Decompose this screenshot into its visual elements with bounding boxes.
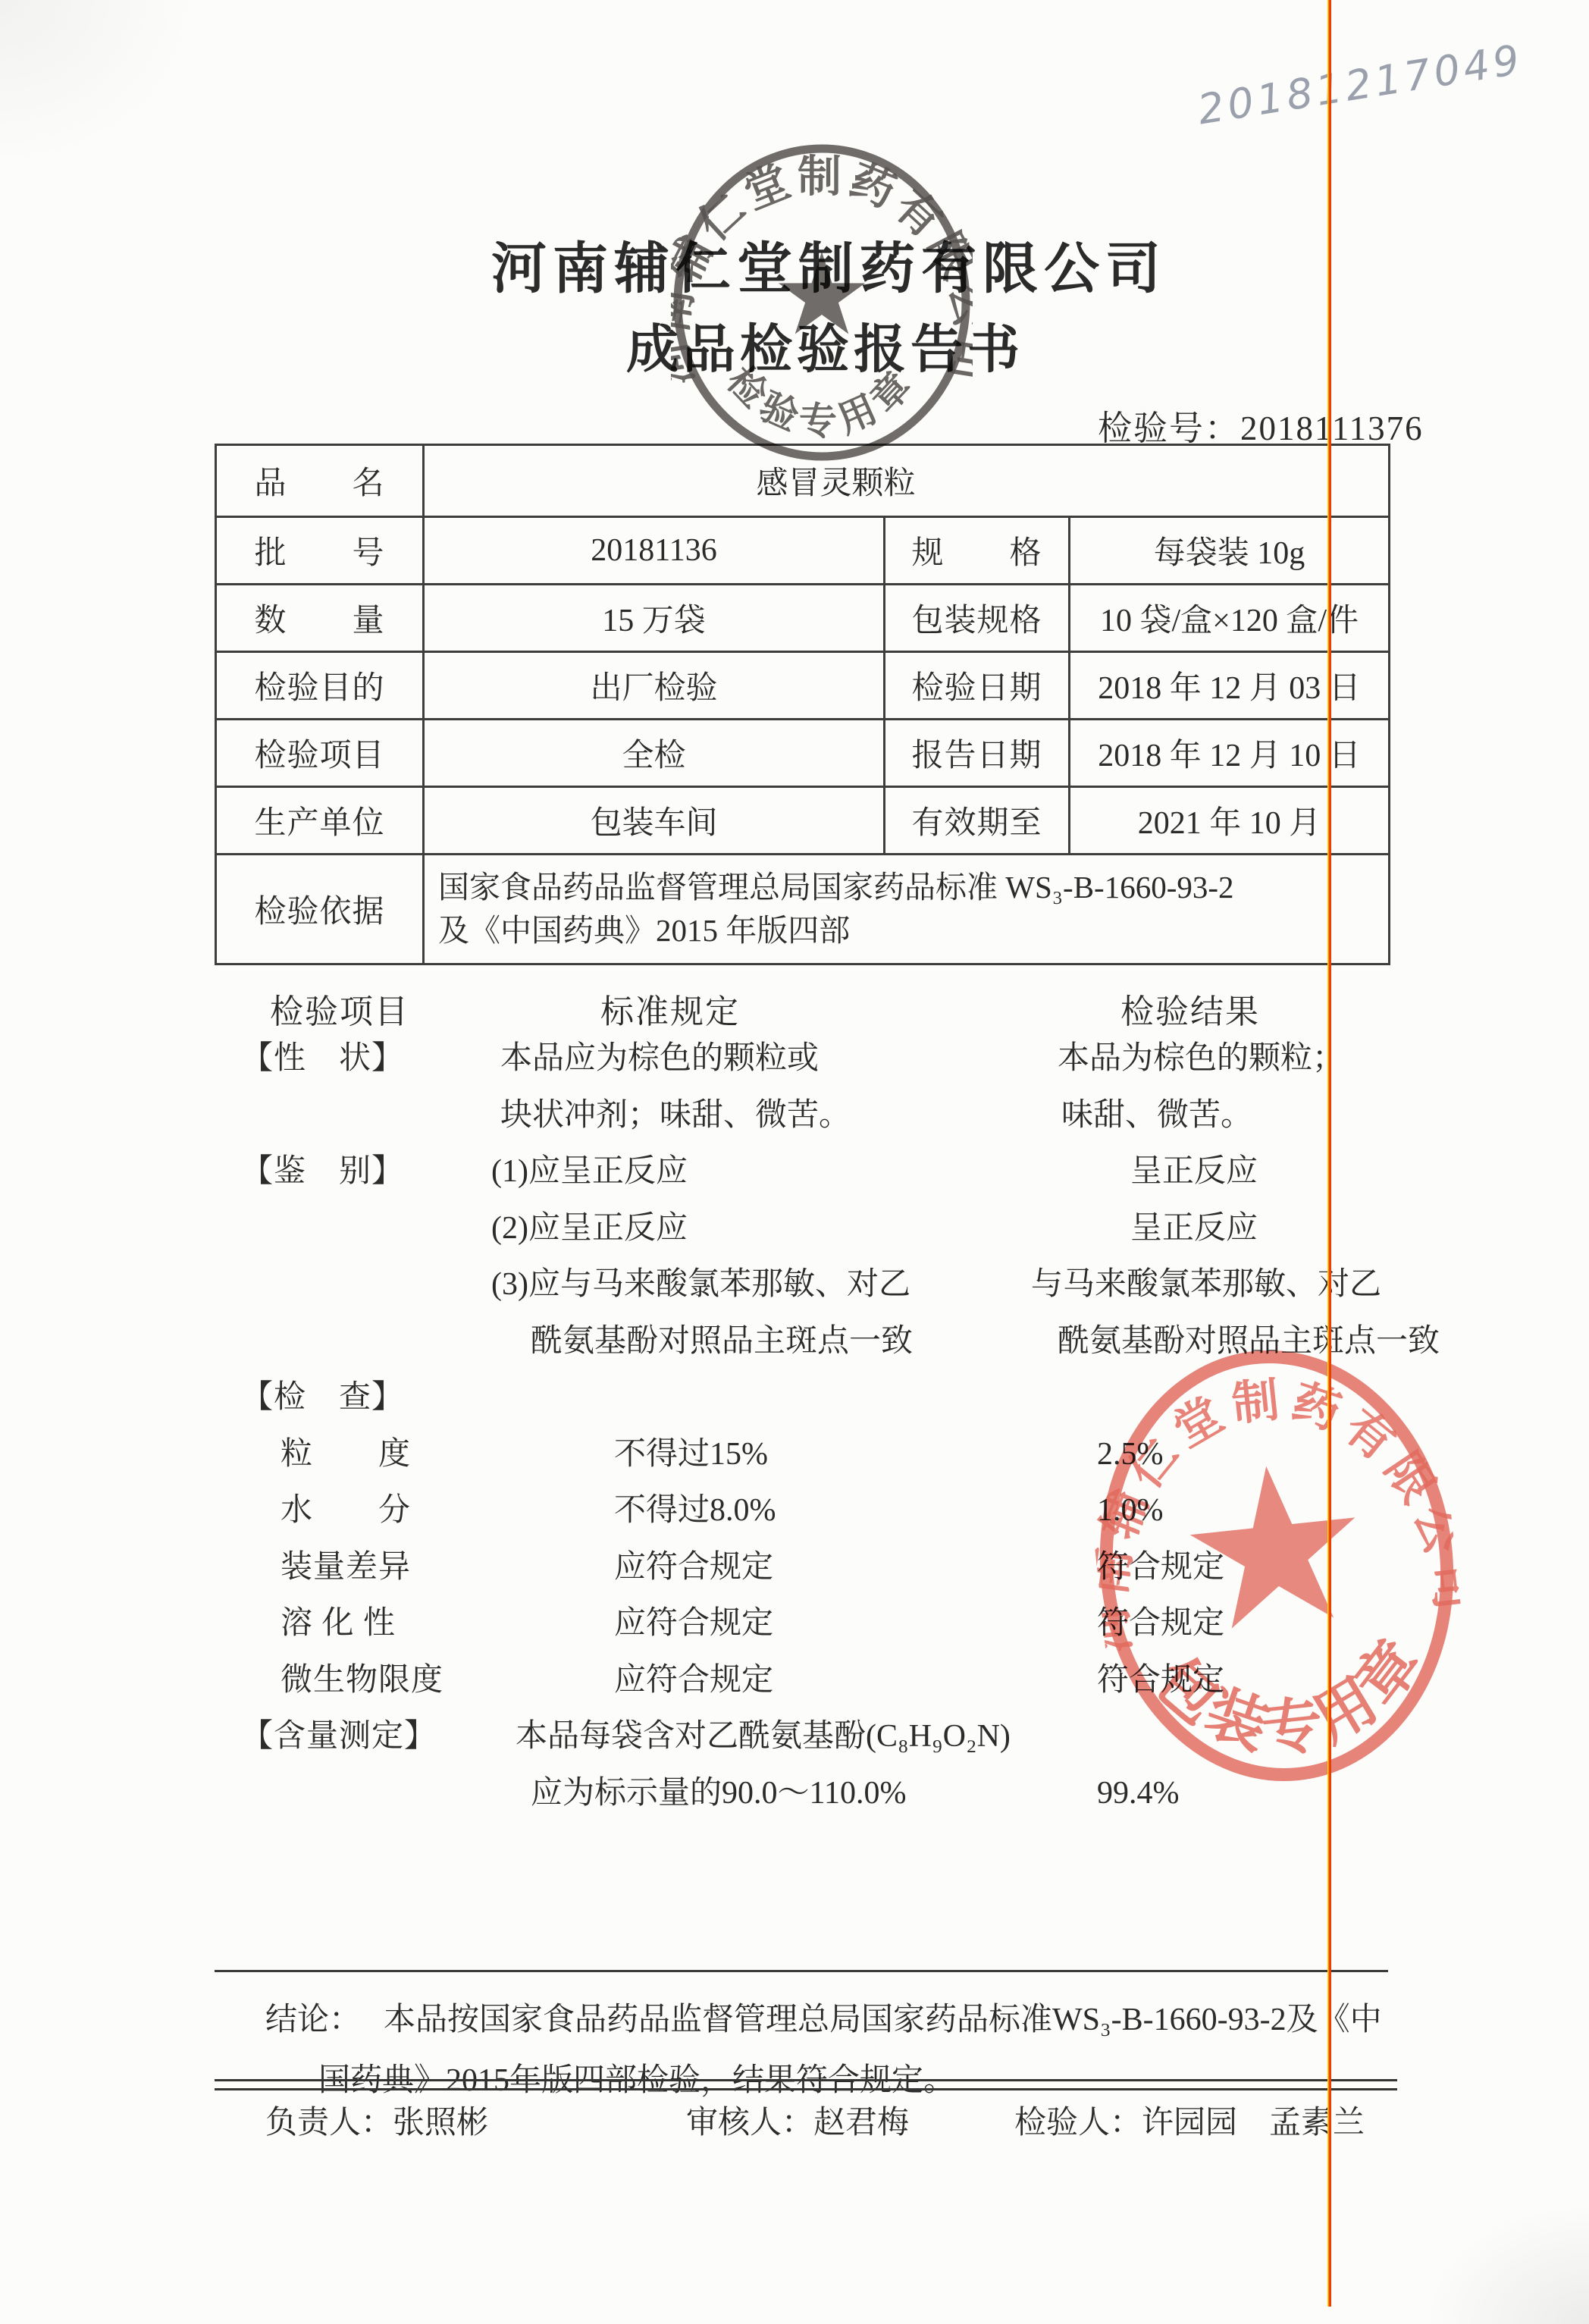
info-value: 15 万袋 — [424, 585, 885, 652]
result-row: (2)应呈正反应呈正反应 — [0, 1210, 1589, 1267]
svg-text:检验专用章: 检验专用章 — [719, 359, 924, 443]
report-page: 20181217049 河南辅仁堂制药有限公司 成品检验报告书 检验号：2018… — [0, 0, 1589, 2324]
result-row: 块状冲剂；味甜、微苦。味甜、微苦。 — [0, 1097, 1589, 1154]
signature-item: 审核人：赵君梅 — [686, 2097, 909, 2143]
info-table-row: 生产单位包装车间有效期至2021 年 10 月 — [216, 787, 1390, 855]
signature-item: 负责人：张照彬 — [265, 2097, 488, 2143]
report-number-value: 2018111376 — [1240, 409, 1424, 447]
result-std: 不得过15% — [491, 1436, 1031, 1493]
info-label: 有效期至 — [885, 787, 1070, 855]
info-value: 包装车间 — [424, 787, 885, 855]
signature-item: 检验人：许园园 孟素兰 — [1014, 2097, 1365, 2143]
info-label: 检验项目 — [216, 720, 424, 787]
result-res: 99.4% — [1031, 1775, 1589, 1832]
handwritten-number: 20181217049 — [1195, 36, 1526, 134]
double-divider-line — [215, 2079, 1397, 2090]
result-std: 不得过8.0% — [491, 1492, 1031, 1549]
info-label: 规 格 — [885, 517, 1070, 585]
packaging-stamp: 河南辅仁堂制药有限公司 包装专用章 — [1076, 1331, 1477, 1801]
stamp-caption-text: 检验专用章 — [719, 359, 924, 443]
result-item — [241, 1775, 491, 1832]
info-table-row: 批 号20181136规 格每袋装 10g — [216, 517, 1390, 585]
result-item: 微生物限度 — [241, 1662, 491, 1719]
scan-shade-top-left — [0, 0, 197, 167]
result-res: 本品为棕色的颗粒； — [1031, 1040, 1589, 1097]
result-std: 应符合规定 — [491, 1605, 1031, 1662]
result-std: 应符合规定 — [491, 1549, 1031, 1606]
result-res: 味甜、微苦。 — [1031, 1097, 1589, 1154]
conclusion-text1: 本品按国家食品药品监督管理总局国家药品标准WS₃-B-1660-93-2及《中 — [384, 2003, 1382, 2037]
result-item: 溶 化 性 — [241, 1605, 491, 1662]
result-std: 块状冲剂；味甜、微苦。 — [491, 1097, 1031, 1154]
svg-text:包装专用章: 包装专用章 — [1138, 1620, 1445, 1777]
result-std: 本品每袋含对乙酰氨基酚(C₈H₉O₂N) — [491, 1718, 1031, 1775]
result-item: 【性 状】 — [241, 1040, 491, 1097]
result-std: 应为标示量的90.0～110.0% — [491, 1775, 1031, 1832]
conclusion-text2: 国药典》2015年版四部检验，结果符合规定。 — [265, 2055, 1382, 2100]
result-item: 装量差异 — [241, 1549, 491, 1606]
result-std: 酰氨基酚对照品主斑点一致 — [491, 1323, 1031, 1380]
divider-line — [215, 1970, 1388, 1972]
conclusion-line1: 结论：本品按国家食品药品监督管理总局国家药品标准WS₃-B-1660-93-2及… — [265, 1994, 1382, 2040]
info-label: 包装规格 — [885, 585, 1070, 652]
result-std: 应符合规定 — [491, 1662, 1031, 1719]
stamp-caption-text: 包装专用章 — [1138, 1620, 1445, 1777]
info-table-row: 检验目的出厂检验检验日期2018 年 12 月 03 日 — [216, 652, 1390, 720]
info-table-row: 检验项目全检报告日期2018 年 12 月 10 日 — [216, 720, 1390, 787]
info-value: 20181136 — [424, 517, 885, 585]
stamp-star-icon — [1183, 1457, 1365, 1632]
result-row: 【鉴 别】(1)应呈正反应呈正反应 — [0, 1153, 1589, 1210]
result-row: 【性 状】本品应为棕色的颗粒或本品为棕色的颗粒； — [0, 1040, 1589, 1097]
result-row: (3)应与马来酸氯苯那敏、对乙与马来酸氯苯那敏、对乙 — [0, 1266, 1589, 1323]
result-item — [241, 1323, 491, 1380]
scan-shade-bottom-right — [1422, 2203, 1589, 2324]
results-header-item: 检验项目 — [270, 984, 409, 1033]
result-item: 水 分 — [241, 1492, 491, 1549]
info-table-row: 数 量15 万袋包装规格10 袋/盒×120 盒/件 — [216, 585, 1390, 652]
info-label: 数 量 — [216, 585, 424, 652]
result-item: 【检 查】 — [241, 1379, 491, 1436]
inspection-stamp: 河南辅仁堂制药有限公司 检验专用章 — [671, 142, 973, 463]
info-label: 报告日期 — [885, 720, 1070, 787]
info-value: 2018 年 12 月 10 日 — [1070, 720, 1390, 787]
info-table: 品 名感冒灵颗粒批 号20181136规 格每袋装 10g数 量15 万袋包装规… — [215, 444, 1390, 965]
result-std: (3)应与马来酸氯苯那敏、对乙 — [491, 1266, 1031, 1323]
report-number: 检验号：2018111376 — [1098, 400, 1424, 450]
result-item: 粒 度 — [241, 1436, 491, 1493]
info-value: 2018 年 12 月 03 日 — [1070, 652, 1390, 720]
result-res: 呈正反应 — [1031, 1153, 1589, 1210]
result-item: 【鉴 别】 — [241, 1153, 491, 1210]
result-res: 呈正反应 — [1031, 1210, 1589, 1267]
result-std: (1)应呈正反应 — [491, 1153, 1031, 1210]
info-value: 2021 年 10 月 — [1070, 787, 1390, 855]
result-item — [241, 1210, 491, 1267]
info-value: 10 袋/盒×120 盒/件 — [1070, 585, 1390, 652]
info-label: 检验目的 — [216, 652, 424, 720]
result-row: 应为标示量的90.0～110.0%99.4% — [0, 1775, 1589, 1832]
info-value: 全检 — [424, 720, 885, 787]
results-header-standard: 标准规定 — [600, 984, 740, 1033]
scan-guide-line — [1327, 0, 1331, 2307]
info-value: 出厂检验 — [424, 652, 885, 720]
conclusion-label: 结论： — [265, 2003, 361, 2037]
results-header-result: 检验结果 — [1120, 984, 1260, 1033]
stamp-star-icon — [779, 252, 865, 334]
info-label: 检验依据 — [216, 855, 424, 964]
info-label: 生产单位 — [216, 787, 424, 855]
info-value: 每袋装 10g — [1070, 517, 1390, 585]
info-label: 品 名 — [216, 445, 424, 517]
result-std: (2)应呈正反应 — [491, 1210, 1031, 1267]
result-res: 与马来酸氯苯那敏、对乙 — [1031, 1266, 1589, 1323]
info-label: 批 号 — [216, 517, 424, 585]
result-std — [491, 1379, 1031, 1436]
result-item — [241, 1097, 491, 1154]
report-number-label: 检验号： — [1098, 409, 1240, 447]
info-label: 检验日期 — [885, 652, 1070, 720]
info-value: 国家食品药品监督管理总局国家药品标准 WS₃-B-1660-93-2及《中国药典… — [424, 855, 1390, 964]
info-table-row: 检验依据国家食品药品监督管理总局国家药品标准 WS₃-B-1660-93-2及《… — [216, 855, 1390, 964]
result-item — [241, 1266, 491, 1323]
result-std: 本品应为棕色的颗粒或 — [491, 1040, 1031, 1097]
result-item: 【含量测定】 — [241, 1718, 491, 1775]
